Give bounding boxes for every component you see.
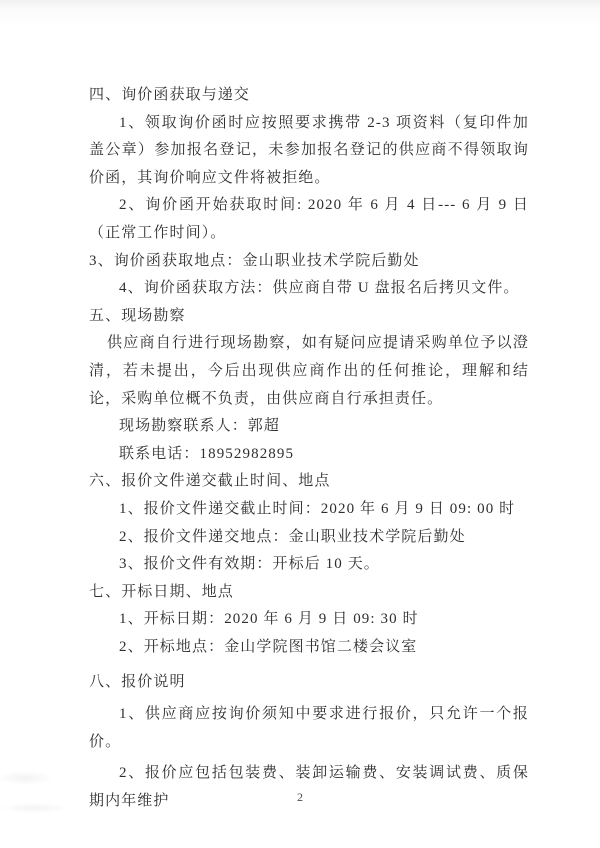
- paragraph: 2、报价应包括包装费、装卸运输费、安装调试费、质保期内年维护: [89, 760, 529, 815]
- paragraph: 1、开标日期：2020 年 6 月 9 日 09: 30 时: [89, 606, 529, 634]
- paragraph: 3、询价函获取地点：金山职业技术学院后勤处: [89, 248, 529, 276]
- paragraph: 供应商自行进行现场勘察，如有疑问应提请采购单位予以澄清，若未提出，今后出现供应商…: [89, 330, 529, 413]
- paragraph: 3、报价文件有效期：开标后 10 天。: [89, 551, 529, 579]
- paragraph: 六、报价文件递交截止时间、地点: [89, 468, 529, 496]
- paragraph: 2、开标地点：金山学院图书馆二楼会议室: [89, 634, 529, 662]
- paragraph: 2、报价文件递交地点：金山职业技术学院后勤处: [89, 524, 529, 552]
- paragraph: 2、询价函开始获取时间: 2020 年 6 月 4 日--- 6 月 9 日（正…: [89, 192, 529, 247]
- paragraph: 1、领取询价函时应按照要求携带 2-3 项资料（复印件加盖公章）参加报名登记，未…: [89, 110, 529, 193]
- paragraph: 五、现场勘察: [89, 303, 529, 331]
- paragraph: 4、询价函获取方法：供应商自带 U 盘报名后拷贝文件。: [89, 275, 529, 303]
- paragraph: 七、开标日期、地点: [89, 579, 529, 607]
- paragraph: 现场勘察联系人：郭超: [89, 413, 529, 441]
- scan-artifact-top: [0, 0, 600, 26]
- page-number: 2: [297, 790, 303, 804]
- page-footer: 2: [0, 790, 600, 805]
- paragraph: 1、报价文件递交截止时间：2020 年 6 月 9 日 09: 00 时: [89, 496, 529, 524]
- paragraph: 1、供应商应按询价须知中要求进行报价，只允许一个报价。: [89, 701, 529, 756]
- paragraph: 四、询价函获取与递交: [89, 82, 529, 110]
- paragraph: 联系电话：18952982895: [89, 441, 529, 469]
- document-body: 四、询价函获取与递交1、领取询价函时应按照要求携带 2-3 项资料（复印件加盖公…: [89, 82, 529, 815]
- paragraph: 八、报价说明: [89, 669, 529, 697]
